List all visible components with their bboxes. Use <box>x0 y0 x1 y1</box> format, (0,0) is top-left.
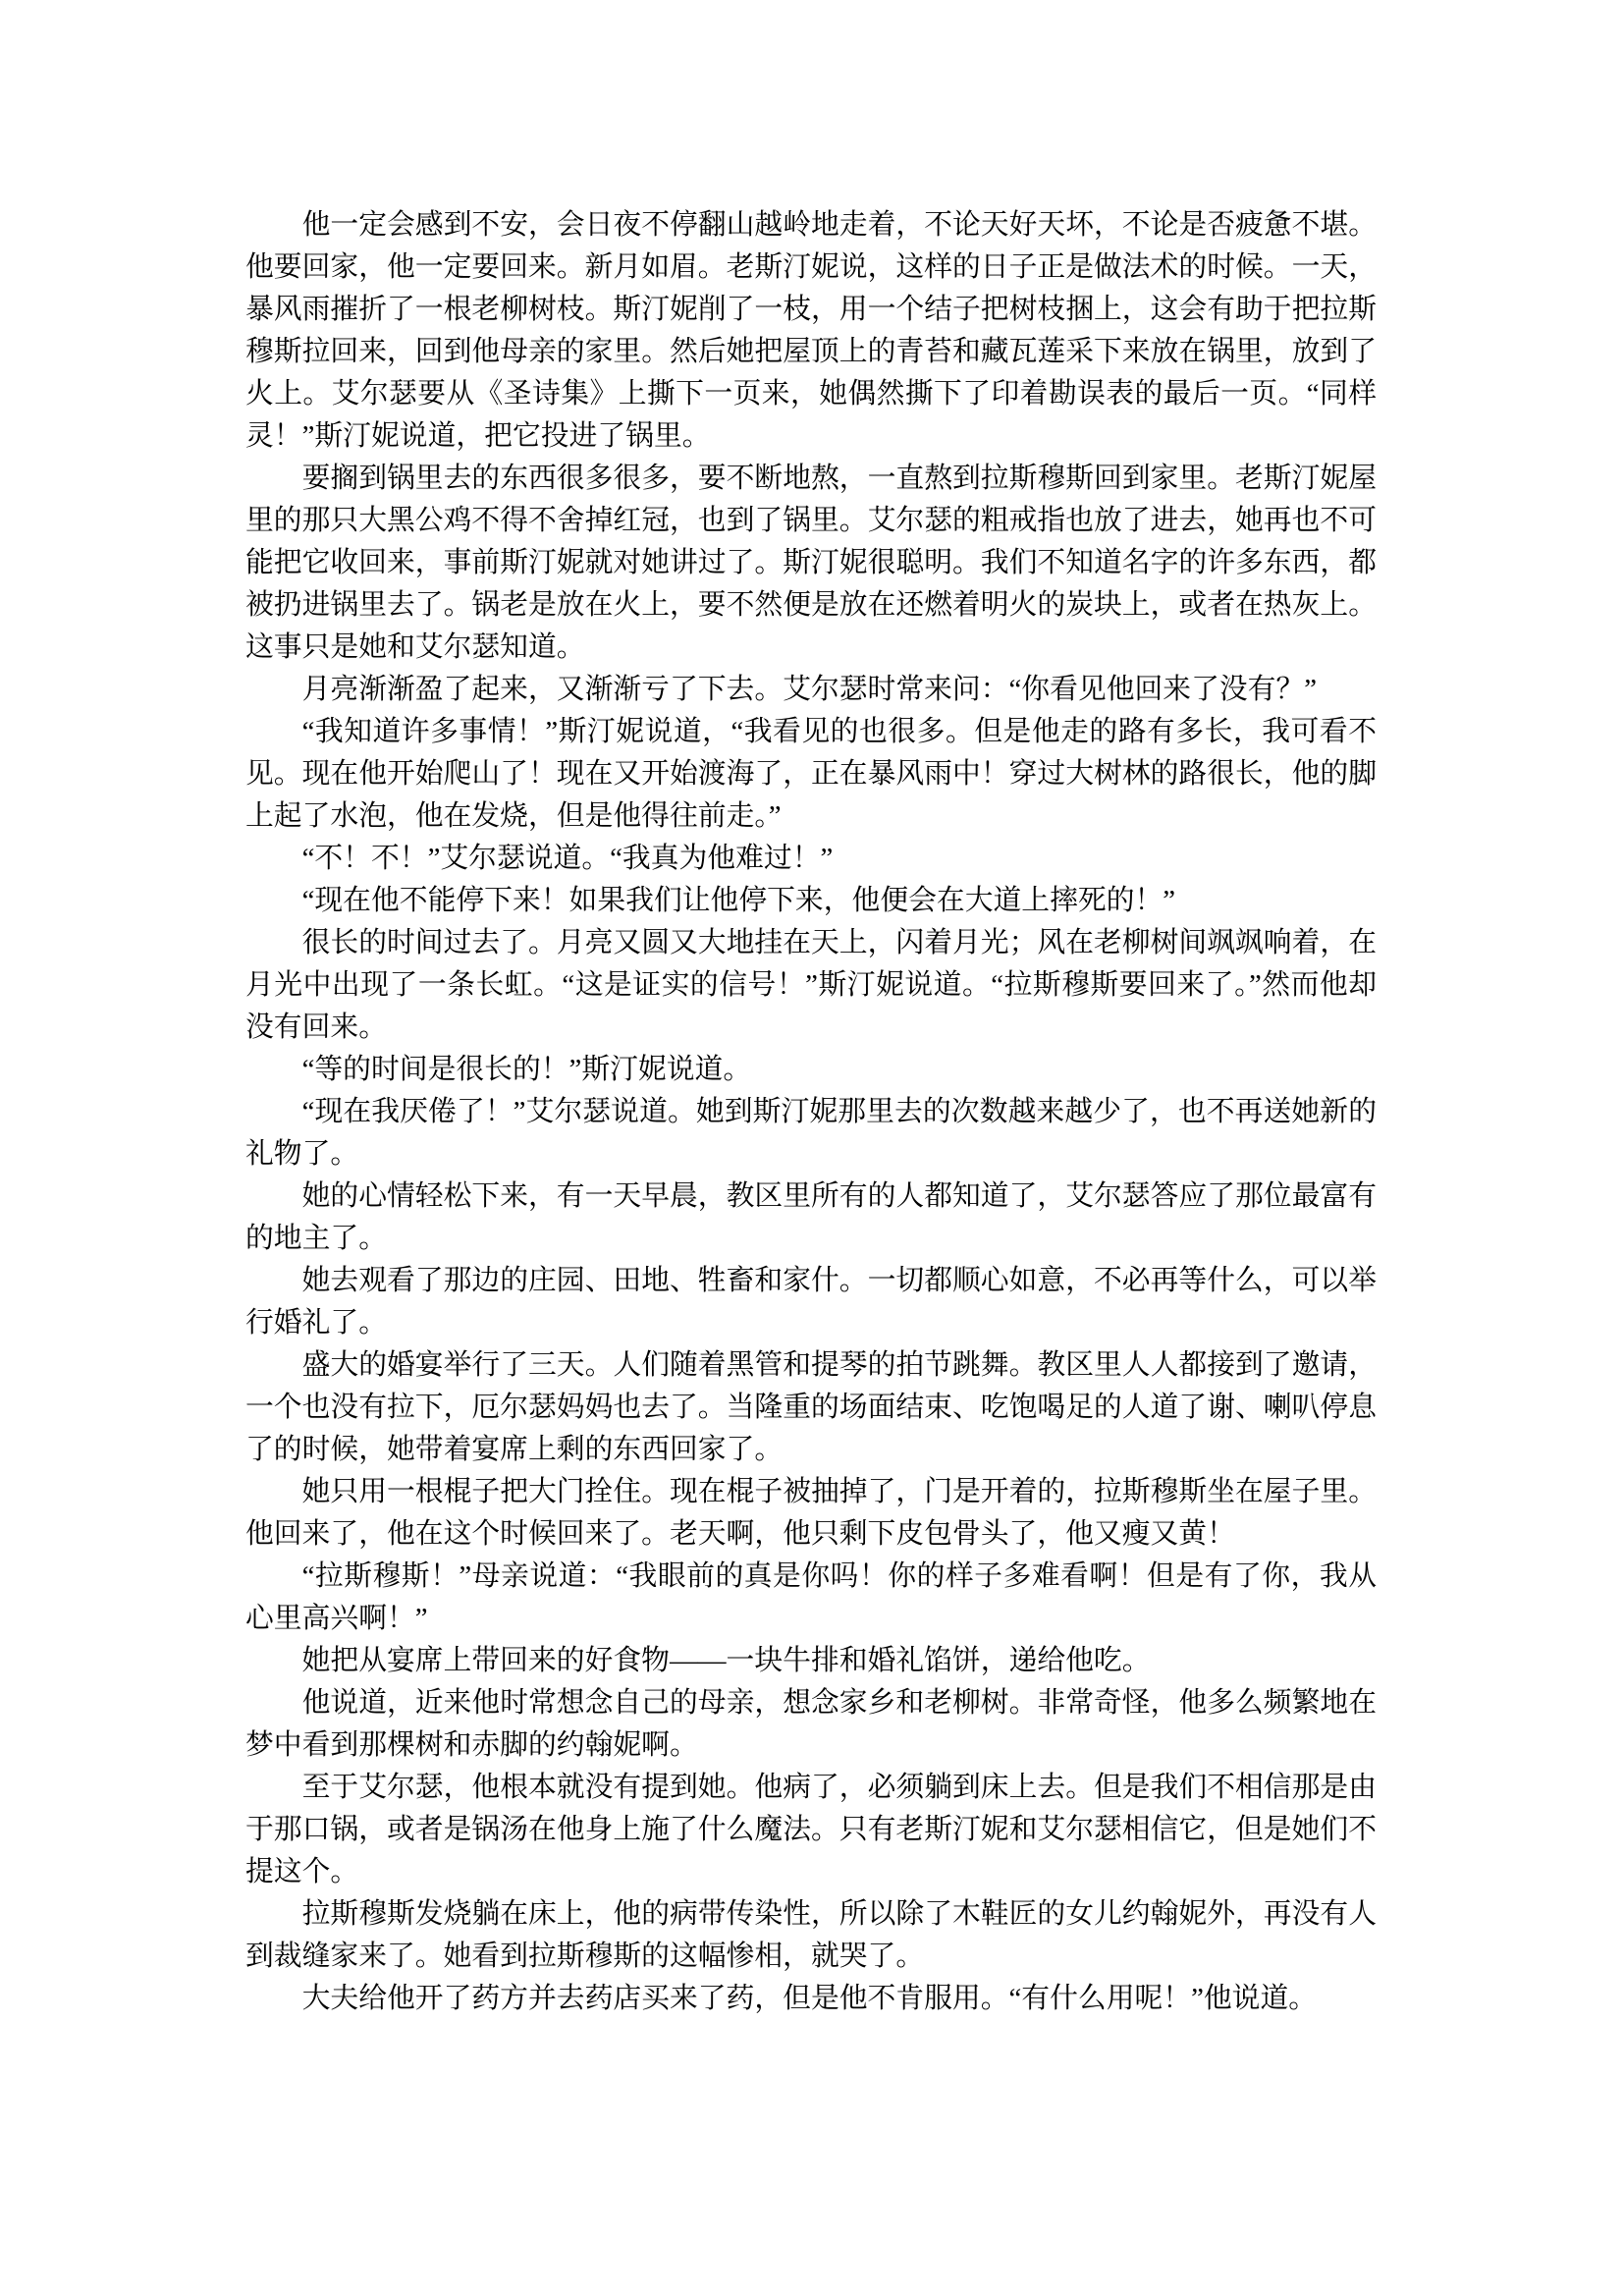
paragraph: 他说道，近来他时常想念自己的母亲，想念家乡和老柳树。非常奇怪，他多么频繁地在梦中… <box>245 1682 1377 1767</box>
document-page: 他一定会感到不安，会日夜不停翻山越岭地走着，不论天好天坏，不论是否疲惫不堪。他要… <box>0 0 1623 2296</box>
story-text-block: 他一定会感到不安，会日夜不停翻山越岭地走着，不论天好天坏，不论是否疲惫不堪。他要… <box>245 204 1377 2020</box>
paragraph: 拉斯穆斯发烧躺在床上，他的病带传染性，所以除了木鞋匠的女儿约翰妮外，再没有人到裁… <box>245 1893 1377 1978</box>
paragraph: 她的心情轻松下来，有一天早晨，教区里所有的人都知道了，艾尔瑟答应了那位最富有的地… <box>245 1175 1377 1260</box>
paragraph: “现在我厌倦了！”艾尔瑟说道。她到斯汀妮那里去的次数越来越少了，也不再送她新的礼… <box>245 1091 1377 1175</box>
paragraph: 很长的时间过去了。月亮又圆又大地挂在天上，闪着月光；风在老柳树间飒飒响着，在月光… <box>245 922 1377 1049</box>
paragraph: 要搁到锅里去的东西很多很多，要不断地熬，一直熬到拉斯穆斯回到家里。老斯汀妮屋里的… <box>245 458 1377 669</box>
paragraph: “不！不！”艾尔瑟说道。“我真为他难过！” <box>245 838 1377 880</box>
paragraph: 至于艾尔瑟，他根本就没有提到她。他病了，必须躺到床上去。但是我们不相信那是由于那… <box>245 1767 1377 1893</box>
paragraph: 她把从宴席上带回来的好食物——一块牛排和婚礼馅饼，递给他吃。 <box>245 1640 1377 1682</box>
paragraph: 她只用一根棍子把大门拴住。现在棍子被抽掉了，门是开着的，拉斯穆斯坐在屋子里。他回… <box>245 1471 1377 1556</box>
paragraph: “现在他不能停下来！如果我们让他停下来，他便会在大道上摔死的！” <box>245 880 1377 922</box>
paragraph: 他一定会感到不安，会日夜不停翻山越岭地走着，不论天好天坏，不论是否疲惫不堪。他要… <box>245 204 1377 458</box>
paragraph: 盛大的婚宴举行了三天。人们随着黑管和提琴的拍节跳舞。教区里人人都接到了邀请，一个… <box>245 1344 1377 1471</box>
paragraph: “等的时间是很长的！”斯汀妮说道。 <box>245 1049 1377 1091</box>
paragraph: 她去观看了那边的庄园、田地、牲畜和家什。一切都顺心如意，不必再等什么，可以举行婚… <box>245 1260 1377 1344</box>
paragraph: “我知道许多事情！”斯汀妮说道，“我看见的也很多。但是他走的路有多长，我可看不见… <box>245 711 1377 838</box>
paragraph: “拉斯穆斯！”母亲说道：“我眼前的真是你吗！你的样子多难看啊！但是有了你，我从心… <box>245 1556 1377 1640</box>
paragraph: 大夫给他开了药方并去药店买来了药，但是他不肯服用。“有什么用呢！”他说道。 <box>245 1978 1377 2020</box>
paragraph: 月亮渐渐盈了起来，又渐渐亏了下去。艾尔瑟时常来问：“你看见他回来了没有？” <box>245 669 1377 711</box>
